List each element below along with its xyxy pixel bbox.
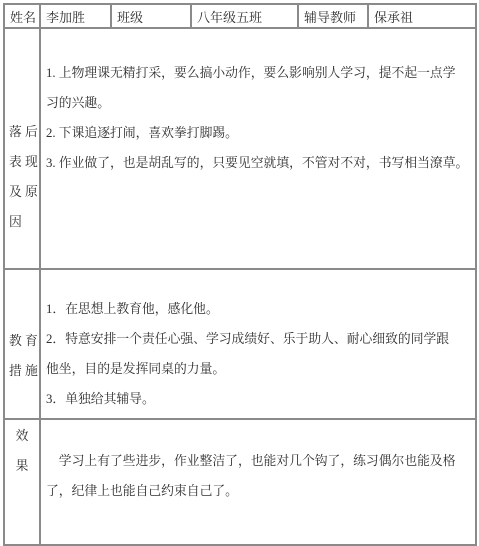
- education-measures-row: 教 育 措 施 1．在思想上教育他，感化他。 2．特意安排一个责任心强、学习成绩…: [4, 269, 476, 419]
- effect-row: 效 果 学习上有了些进步，作业整洁了，也能对几个钩了，练习偶尔也能及格 了，纪律…: [4, 419, 476, 545]
- class-value: 八年级五班: [191, 4, 298, 28]
- education-measures-content: 1．在思想上教育他，感化他。 2．特意安排一个责任心强、学习成绩好、乐于助人、耐…: [40, 269, 476, 419]
- student-name-value: 李加胜: [40, 4, 111, 28]
- class-label: 班级: [111, 4, 191, 28]
- effect-label: 效 果: [4, 419, 40, 545]
- education-measures-label: 教 育 措 施: [4, 269, 40, 419]
- effect-content: 学习上有了些进步，作业整洁了，也能对几个钩了，练习偶尔也能及格 了，纪律上也能自…: [40, 419, 476, 545]
- student-tutoring-record-table: 姓名 李加胜 班级 八年级五班 辅导教师 保承祖 落 后 表 现 及 原 因 1…: [3, 3, 477, 546]
- tutor-label: 辅导教师: [298, 4, 368, 28]
- behavior-causes-content: 1. 上物理课无精打采，要么搞小动作，要么影响别人学习，提不起一点学 习的兴趣。…: [40, 28, 476, 269]
- student-name-label: 姓名: [4, 4, 40, 28]
- behavior-causes-label: 落 后 表 现 及 原 因: [4, 28, 40, 269]
- behavior-causes-row: 落 后 表 现 及 原 因 1. 上物理课无精打采，要么搞小动作，要么影响别人学…: [4, 28, 476, 269]
- header-row: 姓名 李加胜 班级 八年级五班 辅导教师 保承祖: [4, 4, 476, 28]
- tutor-value: 保承祖: [368, 4, 476, 28]
